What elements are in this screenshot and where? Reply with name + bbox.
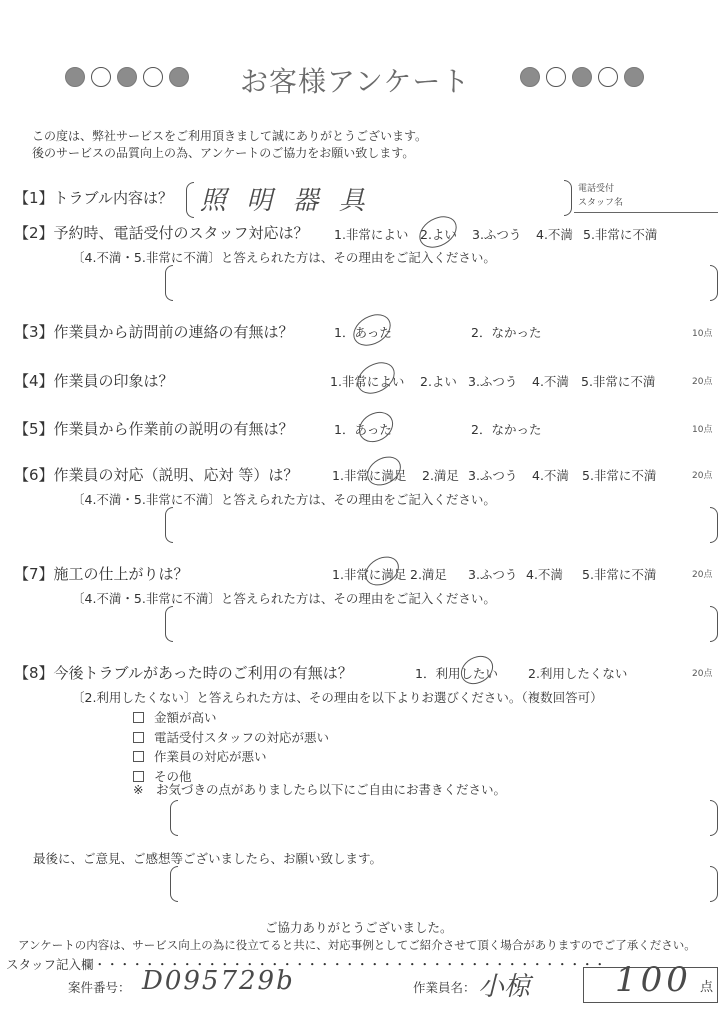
q2-option-4[interactable]: 4.不満	[536, 225, 573, 243]
q6-option-4[interactable]: 4.不満	[532, 466, 569, 484]
q7-option-2[interactable]: 2.満足	[410, 565, 447, 583]
score-unit: 点	[700, 976, 713, 995]
checkbox-icon[interactable]	[133, 712, 144, 723]
q8-label: 【8】今後トラブルがあった時のご利用の有無は？	[14, 662, 353, 683]
q7-reason-bracket-left	[165, 606, 173, 642]
q1-text: トラブル内容は？	[54, 189, 173, 207]
q2-label: 【2】予約時、電話受付のスタッフ対応は？	[14, 222, 309, 243]
q8-reason-checkbox-list: 金額が高い 電話受付スタッフの対応が悪い 作業員の対応が悪い その他	[133, 708, 329, 786]
q6-points: 20点	[692, 468, 712, 481]
page-title: お客様アンケート	[240, 60, 470, 100]
q5-number: 【5】	[14, 420, 54, 438]
q2-option-1[interactable]: 1.非常によい	[334, 225, 408, 243]
q6-option-3[interactable]: 3.ふつう	[468, 466, 517, 484]
q7-reason-field[interactable]	[175, 606, 710, 642]
closing-comment-bracket-left	[170, 866, 178, 902]
q5-text: 作業員から作業前の説明の有無は？	[54, 420, 294, 438]
left-decorative-dots	[65, 67, 189, 87]
hollow-circle-icon	[598, 67, 618, 87]
checkbox-label: 電話受付スタッフの対応が悪い	[154, 728, 329, 748]
q8-note: ※ お気づきの点がありましたら以下にご自由にお書きください。	[133, 780, 506, 798]
checkbox-item-phone-staff[interactable]: 電話受付スタッフの対応が悪い	[133, 728, 329, 748]
intro-line-2: 後のサービスの品質向上の為、アンケートのご協力をお願い致します。	[32, 145, 414, 161]
q7-points: 20点	[692, 567, 712, 580]
q5-label: 【5】作業員から作業前の説明の有無は？	[14, 418, 294, 439]
q3-option-2[interactable]: 2．なかった	[471, 323, 541, 341]
q4-text: 作業員の印象は？	[54, 372, 174, 390]
thanks-message: ご協力ありがとうございました。	[265, 918, 453, 936]
q3-number: 【3】	[14, 323, 54, 341]
filled-circle-icon	[65, 67, 85, 87]
staff-corner-label: 電話受付 スタッフ名	[578, 182, 623, 210]
filled-circle-icon	[169, 67, 189, 87]
checkbox-label: 作業員の対応が悪い	[154, 747, 267, 767]
q6-reason-bracket-left	[165, 507, 173, 543]
case-number-label: 案件番号：	[68, 978, 131, 996]
q7-option-3[interactable]: 3.ふつう	[468, 565, 517, 583]
q6-followup: 〔4.不満・5.非常に不満〕と答えられた方は、その理由をご記入ください。	[72, 490, 496, 508]
checkbox-label: 金額が高い	[154, 708, 217, 728]
checkbox-icon[interactable]	[133, 732, 144, 743]
q4-option-5[interactable]: 5.非常に不満	[581, 372, 655, 390]
q8-followup: 〔2.利用したくない〕と答えられた方は、その理由を以下よりお選びください。（複数…	[72, 688, 603, 706]
right-decorative-dots	[520, 67, 644, 87]
q3-label: 【3】作業員から訪問前の連絡の有無は？	[14, 321, 294, 342]
q8-option-2[interactable]: 2.利用したくない	[528, 664, 627, 682]
q6-reason-field[interactable]	[175, 507, 710, 543]
q7-followup: 〔4.不満・5.非常に不満〕と答えられた方は、その理由をご記入ください。	[72, 589, 496, 607]
q4-option-2[interactable]: 2.よい	[420, 372, 457, 390]
filled-circle-icon	[117, 67, 137, 87]
staff-corner-line1: 電話受付	[578, 182, 623, 196]
q3-text: 作業員から訪問前の連絡の有無は？	[54, 323, 294, 341]
q2-reason-bracket-right	[710, 265, 718, 301]
filled-circle-icon	[572, 67, 592, 87]
q5-option-2[interactable]: 2．なかった	[471, 420, 541, 438]
q2-option-3[interactable]: 3.ふつう	[472, 225, 521, 243]
staff-corner-line2: スタッフ名	[578, 196, 623, 210]
q7-selection-circle	[360, 551, 404, 592]
q7-number: 【7】	[14, 565, 54, 583]
q6-selection-circle	[362, 451, 406, 492]
worker-name-value[interactable]: 小椋	[478, 966, 530, 1003]
q8-number: 【8】	[14, 664, 54, 682]
checkbox-icon[interactable]	[133, 751, 144, 762]
q6-option-2[interactable]: 2.満足	[422, 466, 459, 484]
q4-points: 20点	[692, 374, 712, 387]
hollow-circle-icon	[546, 67, 566, 87]
q2-option-5[interactable]: 5.非常に不満	[583, 225, 657, 243]
q1-answer-field[interactable]: 照 明 器 具	[200, 180, 371, 217]
case-number-value[interactable]: D095729b	[142, 966, 295, 996]
q8-text: 今後トラブルがあった時のご利用の有無は？	[54, 664, 353, 682]
worker-name-label: 作業員名：	[413, 978, 476, 996]
q4-option-3[interactable]: 3.ふつう	[468, 372, 517, 390]
q2-text: 予約時、電話受付のスタッフ対応は？	[54, 224, 309, 242]
q8-selection-circle	[456, 650, 498, 690]
q5-points: 10点	[692, 422, 712, 435]
score-value[interactable]: 100	[615, 960, 692, 1000]
q7-option-4[interactable]: 4.不満	[526, 565, 563, 583]
q4-number: 【4】	[14, 372, 54, 390]
checkbox-item-worker[interactable]: 作業員の対応が悪い	[133, 747, 329, 767]
q6-label: 【6】作業員の対応（説明、応対 等）は？	[14, 464, 298, 485]
q7-label: 【7】施工の仕上がりは？	[14, 563, 189, 584]
q2-reason-bracket-left	[165, 265, 173, 301]
q3-points: 10点	[692, 326, 712, 339]
q6-reason-bracket-right	[710, 507, 718, 543]
q2-reason-field[interactable]	[175, 265, 710, 301]
q4-option-4[interactable]: 4.不満	[532, 372, 569, 390]
q1-label: 【1】トラブル内容は？	[14, 187, 173, 208]
q7-option-5[interactable]: 5.非常に不満	[582, 565, 656, 583]
q6-option-5[interactable]: 5.非常に不満	[582, 466, 656, 484]
q6-number: 【6】	[14, 466, 54, 484]
q8-comment-bracket-left	[170, 800, 178, 836]
q5-selection-circle	[353, 406, 398, 448]
checkbox-item-high-price[interactable]: 金額が高い	[133, 708, 329, 728]
disclaimer: アンケートの内容は、サービス向上の為に役立てると共に、対応事例としてご紹介させて…	[18, 937, 696, 953]
intro-line-1: この度は、弊社サービスをご利用頂きまして誠にありがとうございます。	[32, 128, 427, 144]
q7-reason-bracket-right	[710, 606, 718, 642]
q4-selection-circle	[352, 356, 401, 400]
q7-text: 施工の仕上がりは？	[54, 565, 189, 583]
staff-name-underline	[574, 212, 718, 213]
q2-followup: 〔4.不満・5.非常に不満〕と答えられた方は、その理由をご記入ください。	[72, 248, 496, 266]
closing-prompt: 最後に、ご意見、ご感想等ございましたら、お願い致します。	[33, 849, 382, 867]
filled-circle-icon	[624, 67, 644, 87]
filled-circle-icon	[520, 67, 540, 87]
closing-comment-field[interactable]	[180, 866, 710, 902]
closing-comment-bracket-right	[710, 866, 718, 902]
q3-selection-circle	[348, 308, 397, 352]
q8-points: 20点	[692, 666, 712, 679]
q6-text: 作業員の対応（説明、応対 等）は？	[54, 466, 299, 484]
q8-comment-field[interactable]	[180, 800, 710, 836]
q2-number: 【2】	[14, 224, 54, 242]
q1-bracket-left	[186, 182, 194, 218]
hollow-circle-icon	[143, 67, 163, 87]
q1-bracket-right	[564, 180, 572, 216]
hollow-circle-icon	[91, 67, 111, 87]
q1-number: 【1】	[14, 189, 54, 207]
q4-label: 【4】作業員の印象は？	[14, 370, 174, 391]
q8-comment-bracket-right	[710, 800, 718, 836]
